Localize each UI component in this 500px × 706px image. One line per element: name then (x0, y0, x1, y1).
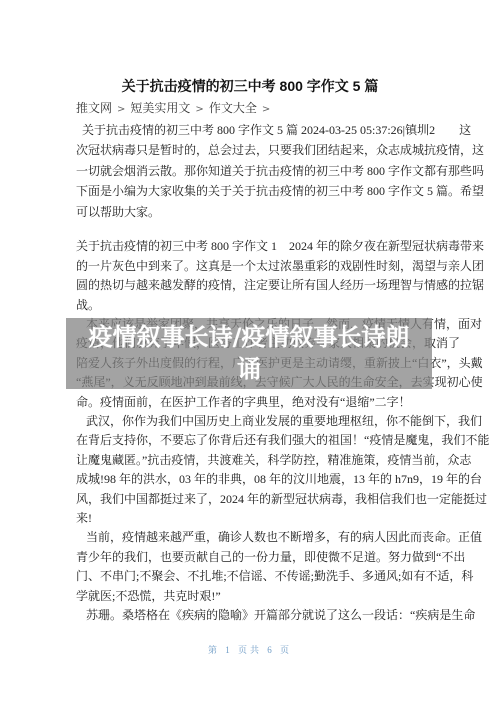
text-line: 青少年的我们，也要贡献自己的一份力量，即使微不足道。努力做到“不出 (76, 548, 489, 567)
text-line: 成城!98 年的洪水，03 年的非典，08 年的汶川地震，13 年的 h7n9，… (76, 470, 489, 489)
text-line: 圆的热切与越来越发酵的疫情，注定要让所有国人经历一场理智与情感的拉锯 (76, 276, 489, 295)
text-line: 次冠状病毒只是暂时的，总会过去，只要我们团结起来，众志成城抗疫情，这 (76, 140, 484, 161)
paragraph: 当前，疫情越来越严重，确诊人数也不断增多，有的病人因此而丧命。正值 青少年的我们… (76, 528, 489, 606)
article-body: 关于抗击疫情的初三中考 800 字作文 1 2024 年的除夕夜在新型冠状病毒带… (76, 237, 489, 625)
text-line: 在背后支持你，不要忘了你背后还有我们强大的祖国！“疫情是魔鬼，我们不能 (76, 431, 489, 450)
paragraph: 苏珊。桑塔格在《疾病的隐喻》开篇部分就说了这么一段话：“疾病是生命 (76, 606, 489, 625)
paragraph: 武汉，你作为我们中国历史上商业发展的重要地理枢纽，你不能倒下，我们 在背后支持你… (76, 412, 489, 528)
text-line: 下面是小编为大家收集的关于关于抗击疫情的初三中考 800 字作文 5 篇。希望 (76, 181, 484, 202)
intro-paragraph: 关于抗击疫情的初三中考 800 字作文 5 篇 2024-03-25 05:37… (76, 120, 484, 223)
overlay-title: 疫情叙事长诗/疫情叙事长诗朗诵 (82, 321, 416, 385)
text-line: 苏珊。桑塔格在《疾病的隐喻》开篇部分就说了这么一段话：“疾病是生命 (76, 606, 489, 625)
text-line: 关于抗击疫情的初三中考 800 字作文 1 2024 年的除夕夜在新型冠状病毒带… (76, 237, 489, 256)
text-line: 学就医;不恐慌，共克时艰!” (76, 587, 489, 606)
document-title: 关于抗击疫情的初三中考 800 字作文 5 篇 (0, 76, 500, 96)
breadcrumb-item-home[interactable]: 推文网 (76, 101, 112, 115)
title-overlay-banner: 疫情叙事长诗/疫情叙事长诗朗诵 (66, 318, 432, 389)
page-number: 第 1 页共 6 页 (0, 642, 500, 658)
text-line: 当前，疫情越来越严重，确诊人数也不断增多，有的病人因此而丧命。正值 (76, 528, 489, 547)
text-line: 一切就会烟消云散。那你知道关于抗击疫情的初三中考 800 字作文都有那些吗 (76, 161, 484, 182)
text-line: 的一片灰色中到来了。这真是一个太过浓墨重彩的戏剧性时刻，渴望与亲人团 (76, 257, 489, 276)
breadcrumb: 推文网>短美实用文>作文大全> (76, 98, 275, 120)
breadcrumb-item-category[interactable]: 短美实用文 (130, 101, 190, 115)
breadcrumb-separator-icon: > (195, 104, 203, 115)
text-line: 武汉，你作为我们中国历史上商业发展的重要地理枢纽，你不能倒下，我们 (76, 412, 489, 431)
text-line: 关于抗击疫情的初三中考 800 字作文 5 篇 2024-03-25 05:37… (76, 120, 484, 141)
text-line: 让魔鬼藏匿。”抗击疫情，共渡难关，科学防控，精准施策，疫情当前，众志 (76, 451, 489, 470)
text-line: 风，我们中国都挺过来了，2024 年的新型冠状病毒，我相信我们也一定能挺过 (76, 490, 489, 509)
text-line: 可以帮助大家。 (76, 202, 484, 223)
breadcrumb-separator-icon: > (262, 104, 270, 115)
text-line: 来! (76, 509, 489, 528)
text-line: 战。 (76, 296, 489, 315)
text-line: 命。疫情面前，在医护工作者的字典里，绝对没有“退缩”二字！ (76, 393, 489, 412)
breadcrumb-item-subcategory[interactable]: 作文大全 (209, 101, 257, 115)
breadcrumb-separator-icon: > (117, 104, 125, 115)
paragraph: 关于抗击疫情的初三中考 800 字作文 1 2024 年的除夕夜在新型冠状病毒带… (76, 237, 489, 315)
text-line: 门、不串门;不聚会、不扎堆;不信谣、不传谣;勤洗手、多通风;如有不适，科 (76, 567, 489, 586)
